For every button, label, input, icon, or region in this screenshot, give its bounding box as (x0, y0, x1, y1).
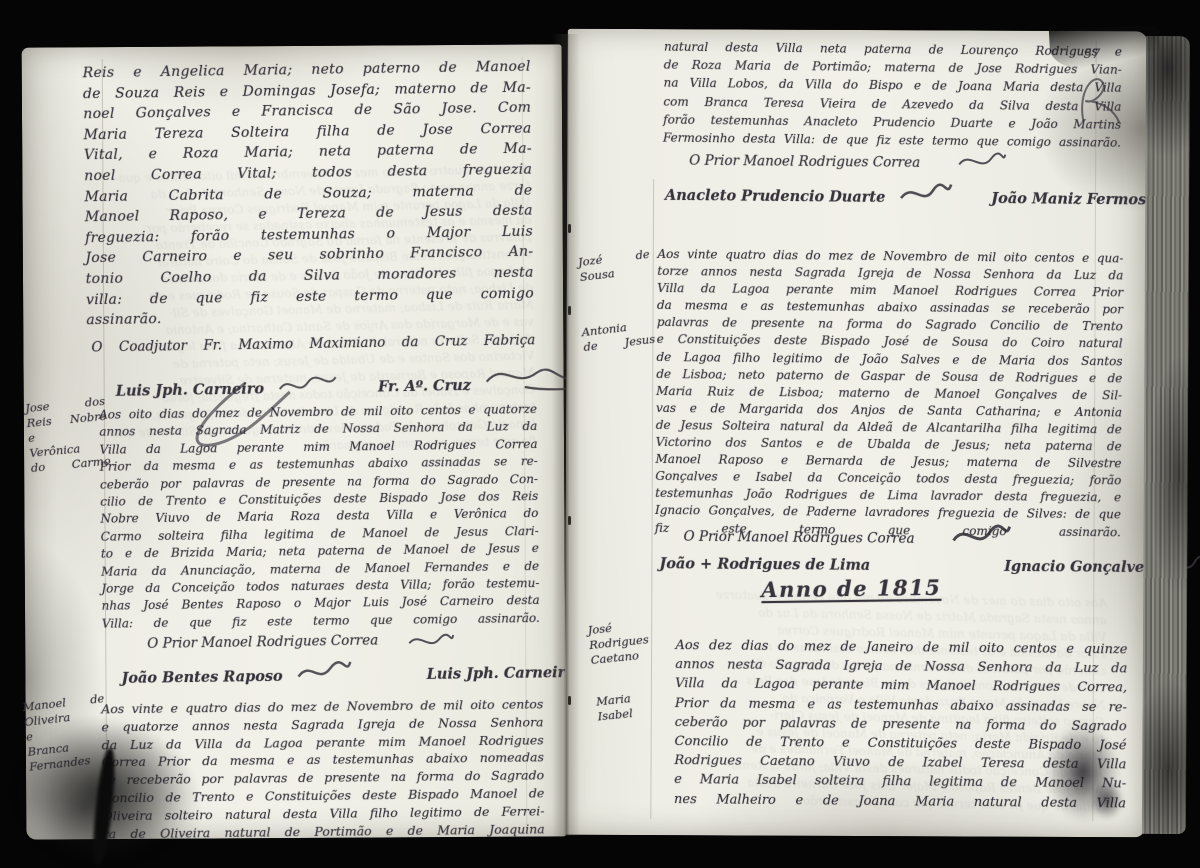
margin-note-rodrigues-caetano: JoséRodriguesCaetano (587, 615, 673, 668)
signature-joao-rodrigues-lima: João + Rodrigues de Lima (659, 555, 870, 574)
margin-note-sousa: Jozé deSousa (577, 247, 652, 285)
ink-blot-right-small (1090, 780, 1124, 820)
officiant-line-reis-nobre: O Prior Manoel Rodrigues Correa (147, 632, 378, 651)
register-photo: Aos vinte quatro dias do mez de Novembro… (0, 0, 1200, 868)
stitch-mark (568, 696, 571, 705)
signature-anacleto-duarte: Anacleto Prudencio Duarte (665, 187, 885, 206)
manuscript-line: annos nesta Sagrada Matriz de Nossa Senh… (637, 602, 1107, 629)
signature-ignacio-goncalves: Ignacio Gonçalves (1004, 558, 1152, 576)
stitch-mark (568, 224, 571, 233)
signature-fr-cruz: Fr. Aº. Cruz (378, 377, 471, 396)
entry-continuation-left: Reis e Angelica Maria; neto paterno de M… (83, 57, 535, 331)
signature-flourish-icon (296, 658, 352, 685)
manuscript-line: Fermosinho desta Villa: de que fiz este … (663, 129, 1121, 152)
officiant-line-continuation: O Prior Manoel Rodrigues Correa (689, 153, 920, 171)
officiant-flourish-icon (951, 520, 1011, 550)
stitch-mark (568, 306, 571, 315)
officiant-flourish-icon (407, 631, 455, 651)
right-page: Aos oito dias do mez de Novembro de mil … (564, 29, 1148, 838)
signature-row-continuation: Anacleto Prudencio Duarte João Maniz Fer… (665, 178, 1183, 209)
binding-fold (552, 34, 580, 836)
entry-reis-nobre: Aos oito dias do mez de Novembro de mil … (99, 401, 540, 633)
margin-note-jesus: Antoniade Jesus (581, 317, 656, 355)
stitch-mark (568, 516, 571, 525)
signature-row-sousa-jesus: João + Rodrigues de Lima Ignacio Gonçalv… (659, 550, 1200, 576)
margin-note-maria-isabel: MariaIsabel (595, 688, 668, 725)
left-page: Aos vinte quatro dias do mez de Novembro… (22, 44, 567, 839)
year-heading: Anno de 1815 (761, 575, 941, 602)
officiant-flourish-icon (957, 150, 1007, 172)
clergy-line: O Coadjutor Fr. Maximo Maximiano da Cruz… (91, 332, 535, 355)
officiant-line-sousa-jesus: O Prior Manoel Rodrigues Correa (683, 529, 914, 547)
entry-sousa-jesus: Aos vinte quatro dias do mez de Novembro… (655, 246, 1124, 541)
page-edges-strip (1142, 36, 1190, 834)
signature-flourish-icon (899, 180, 953, 207)
signature-joao-bentes-raposo: João Bentes Raposo (121, 668, 282, 687)
